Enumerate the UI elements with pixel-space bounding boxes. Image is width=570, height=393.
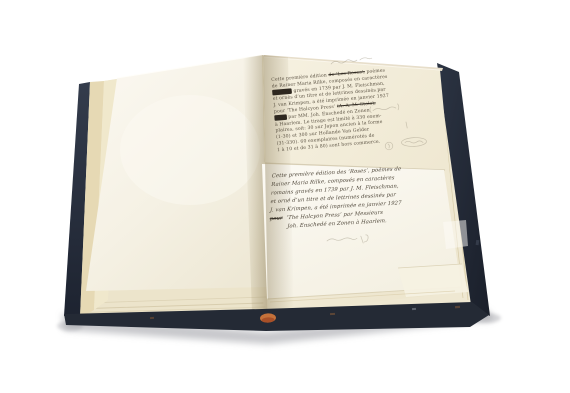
handwritten-colophon-text: Cette première édition des ‘Roses’, poèm… — [269, 165, 403, 232]
printed-colophon-text: Cette première édition de ‘Les Roses’, p… — [271, 68, 383, 153]
repair-patch — [443, 220, 468, 249]
struck-text: pour — [270, 215, 283, 222]
left-page-sheen — [120, 95, 260, 205]
photo-canvas: Cette première édition de ‘Les Roses’, p… — [0, 0, 570, 393]
